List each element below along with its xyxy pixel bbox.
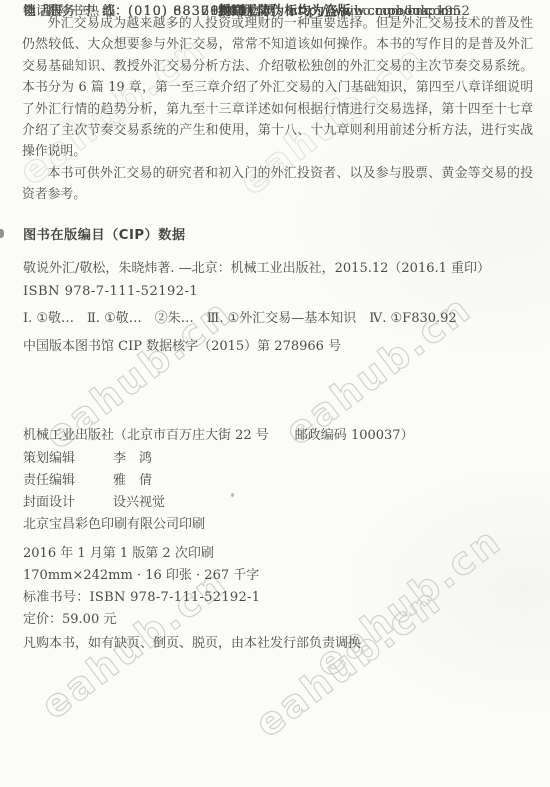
cip-isbn: ISBN 978-7-111-52192-1 bbox=[23, 284, 198, 300]
planning-editor-name: 李 鸿 bbox=[113, 451, 152, 466]
intro-paragraph-2: 本书可供外汇交易的研究者和初入门的外汇投资者、以及参与股票、黄金等交易的投资者参… bbox=[22, 163, 533, 206]
format-line: 170mm×242mm · 16 印张 · 267 千字 bbox=[23, 568, 259, 584]
cip-heading: 图书在版编目（CIP）数据 bbox=[23, 228, 186, 245]
executive-editor-name: 雅 倩 bbox=[113, 473, 152, 488]
executive-editor-row: 责任编辑雅 倩 bbox=[23, 473, 152, 489]
cover-design-name: 设兴视觉 bbox=[113, 495, 165, 510]
standard-book-number: 标准书号：ISBN 978-7-111-52192-1 bbox=[23, 590, 260, 606]
cover-design-row: 封面设计设兴视觉 bbox=[23, 495, 165, 511]
cip-registry-number: 中国版本图书馆 CIP 数据核字（2015）第 278966 号 bbox=[23, 339, 341, 355]
cip-record: 敬说外汇/敬松，朱晓炜著. —北京：机械工业出版社，2015.12（2016.1… bbox=[23, 261, 490, 277]
scan-speck bbox=[231, 493, 234, 497]
watermark-text: eahub.cn bbox=[307, 518, 510, 686]
colon: ： bbox=[115, 4, 128, 19]
phone-entry: 读者购书热线：(010) 88379203 bbox=[23, 0, 247, 19]
executive-editor-label: 责任编辑 bbox=[23, 473, 83, 489]
anti-piracy-notice: 封面无防伪标均为盗版 bbox=[218, 0, 351, 19]
watermark-text: eahub.cn bbox=[247, 578, 450, 746]
price-line: 定价：59.00 元 bbox=[23, 612, 116, 628]
edition-line: 2016 年 1 月第 1 版第 2 次印刷 bbox=[23, 546, 214, 562]
planning-editor-label: 策划编辑 bbox=[23, 451, 83, 467]
phone-entry-label: 读者购书热线 bbox=[23, 0, 115, 19]
book-introduction: 外汇交易成为越来越多的人投资或理财的一种重要选择。但是外汇交易技术的普及性仍然较… bbox=[22, 13, 533, 206]
intro-paragraph-1: 外汇交易成为越来越多的人投资或理财的一种重要选择。但是外汇交易技术的普及性仍然较… bbox=[22, 13, 533, 163]
replacement-notice: 凡购本书，如有缺页、倒页、脱页，由本社发行部负责调换 bbox=[23, 636, 361, 652]
publisher-line: 机械工业出版社（北京市百万庄大街 22 号 邮政编码 100037） bbox=[23, 428, 414, 444]
cip-classification: Ⅰ. ①敬… Ⅱ. ①敬… ②朱… Ⅲ. ①外汇交易—基本知识 Ⅳ. ①F830… bbox=[23, 311, 457, 327]
printer-line: 北京宝昌彩色印刷有限公司印刷 bbox=[23, 517, 205, 533]
copyright-page: eahub.cn eahub.cn eahub.cn eahub.cn eahu… bbox=[0, 0, 550, 787]
scan-artifact bbox=[0, 229, 4, 238]
cover-design-label: 封面设计 bbox=[23, 495, 83, 511]
planning-editor-row: 策划编辑李 鸿 bbox=[23, 451, 152, 467]
